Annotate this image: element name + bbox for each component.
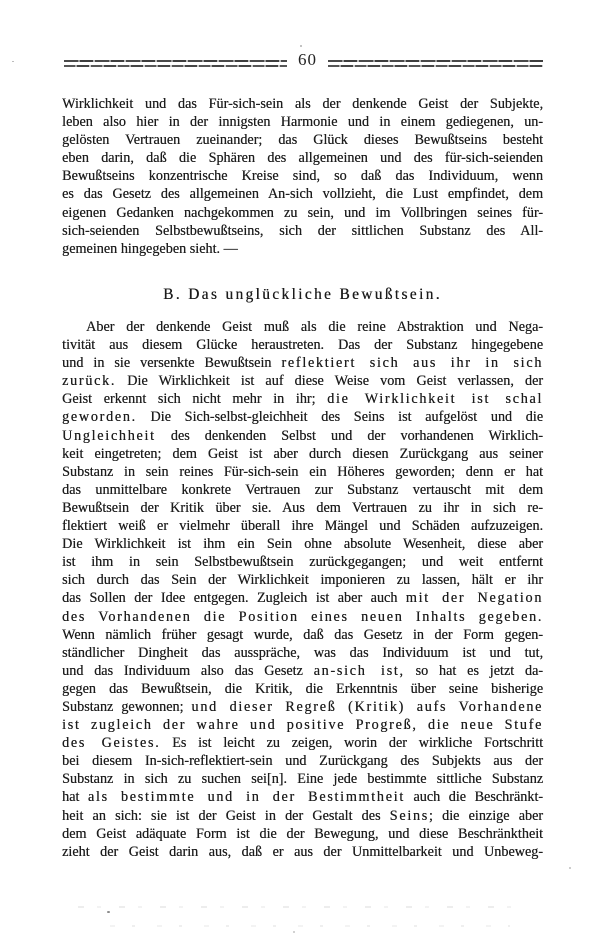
body-text: ständlicher Dingheit das ausspräche, was… [62,645,543,661]
body-text: das Sollen der Idee entgegen. Zugleich i… [62,590,406,606]
scan-speck [12,61,14,62]
paragraph-1: Wirklichkeit und das Für-sich-sein als d… [62,95,543,258]
body-text: ; die einzige aber [429,808,543,824]
letterspaced-text: mit der Negation [406,590,543,606]
body-text: eigenen Gedanken nachgekommen zu sein, u… [62,205,543,221]
text-line: sich durch das Sein der Wirklichkeit imp… [62,571,543,589]
letterspaced-text: Ungleichheit [62,428,156,444]
scan-noise-line [110,925,510,927]
scan-speck [293,931,295,933]
text-line: gelösten Vertrauen zueinander; das Glück… [62,131,543,149]
body-text: gegen das Bewußtsein, die Kritik, die Er… [62,681,543,697]
letterspaced-text: und dieser Regreß (Kritik) aufs Vorhande… [191,699,543,715]
text-line: flektiert weiß er vielmehr überall ihre … [62,517,543,535]
text-line: und das Individuum also das Gesetz an-si… [62,662,543,680]
text-line: des Geistes. Es ist leicht zu zeigen, wo… [62,734,543,752]
body-text: Bewußtsein der Kritik über sie. Aus dem … [62,500,543,516]
body-text: eben darin, daß die Sphären des allgemei… [62,150,543,166]
body-text: leben also hier in der innigsten Harmoni… [62,114,543,130]
letterspaced-text: zurück. [62,373,116,389]
text-line: das unmittelbare konkrete Vertrauen zur … [62,481,543,499]
text-line: keit eingetreten; dem Geist ist aber dur… [62,445,543,463]
body-text: das unmittelbare konkrete Vertrauen zur … [62,482,543,498]
body-text: und in sie versenkte Bewußtsein [62,355,281,371]
body-text: sich-seienden Selbstbewußtseins, sich de… [62,223,543,239]
text-line: Substanz in sein reines Für-sich-sein ei… [62,463,543,481]
letterspaced-text: ist zugleich der wahre und positive Prog… [62,717,543,733]
body-text: flektiert weiß er vielmehr überall ihre … [62,518,543,534]
text-line: Die Wirklichkeit ist ihm ein Sein ohne a… [62,535,543,553]
text-line: dem Geist adäquate Form ist die der Bewe… [62,825,543,843]
text-line: sich-seienden Selbstbewußtseins, sich de… [62,222,543,240]
text-line: ständlicher Dingheit das ausspräche, was… [62,644,543,662]
scan-speck [300,45,302,47]
paragraph-2: Aber der denkende Geist muß als die rein… [62,318,543,861]
body-text: gelösten Vertrauen zueinander; das Glück… [62,132,543,148]
text-line: leben also hier in der innigsten Harmoni… [62,113,543,131]
text-line: Geist erkennt sich nicht mehr in ihr; di… [62,390,543,408]
text-line: hat als bestimmte und in der Bestimmthei… [62,788,543,806]
text-line: gegen das Bewußtsein, die Kritik, die Er… [62,680,543,698]
text-line: Bewußtsein der Kritik über sie. Aus dem … [62,499,543,517]
body-text: dem Geist adäquate Form ist die der Bewe… [62,826,543,842]
text-line: Aber der denkende Geist muß als die rein… [62,318,543,336]
text-line: zieht der Geist darin aus, daß er aus de… [62,843,543,861]
text-line: Substanz gewonnen; und dieser Regreß (Kr… [62,698,543,716]
body-text: Substanz in sein reines Für-sich-sein ei… [62,464,543,480]
body-text: Die Wirklichkeit ist auf diese Weise vom… [116,373,543,389]
text-line: Wirklichkeit und das Für-sich-sein als d… [62,95,543,113]
letterspaced-text: die Wirklichkeit ist schal [327,391,543,407]
body-text: Wenn nämlich früher gesagt wurde, daß da… [62,627,543,643]
body-text: Substanz in sich zu suchen sei[n]. Eine … [62,771,543,787]
body-text: keit eingetreten; dem Geist ist aber dur… [62,446,543,462]
text-line: Wenn nämlich früher gesagt wurde, daß da… [62,626,543,644]
body-text: zieht der Geist darin aus, daß er aus de… [62,844,543,860]
letterspaced-text: an-sich ist, [314,663,405,679]
body-text: Die Sich-selbst-gleichheit des Seins ist… [137,409,543,425]
body-text: hat [62,789,88,805]
text-line: es das Gesetz des allgemeinen An-sich vo… [62,185,543,203]
text-line: des Vorhandenen die Position eines neuen… [62,608,543,626]
body-text: es das Gesetz des allgemeinen An-sich vo… [62,186,543,202]
body-text: Bewußtseins konzentrische Kreise sind, s… [62,168,543,184]
book-page: 60 Wirklichkeit und das Für-sich-sein al… [0,0,600,938]
header-rule-left [64,60,287,67]
text-line: gemeinen hingegeben sieht. — [62,240,543,258]
body-text: so hat es jetzt da- [405,663,543,679]
text-line: ist zugleich der wahre und positive Prog… [62,716,543,734]
body-text: Wirklichkeit und das Für-sich-sein als d… [62,96,543,112]
letterspaced-text: des Geistes. [62,735,160,751]
text-line: Substanz in sich zu suchen sei[n]. Eine … [62,770,543,788]
body-text: des denkenden Selbst und der vorhandenen… [156,428,543,444]
body-text: Aber der denkende Geist muß als die rein… [86,319,543,335]
body-text: gemeinen hingegeben sieht. — [62,241,238,257]
body-text: Geist erkennt sich nicht mehr in ihr; [62,391,327,407]
letterspaced-text: geworden. [62,409,137,425]
text-line: heit an sich: sie ist der Geist in der G… [62,807,543,825]
body-text: heit an sich: sie ist der Geist in der G… [62,808,390,824]
body-text: tivität aus diesem Glücke heraustreten. … [62,337,543,353]
body-text: und das Individuum also das Gesetz [62,663,314,679]
text-line: das Sollen der Idee entgegen. Zugleich i… [62,589,543,607]
text-line: zurück. Die Wirklichkeit ist auf diese W… [62,372,543,390]
text-line: eigenen Gedanken nachgekommen zu sein, u… [62,204,543,222]
scan-speck [107,911,110,913]
text-line: tivität aus diesem Glücke heraustreten. … [62,336,543,354]
body-text: sich durch das Sein der Wirklichkeit imp… [62,572,543,588]
text-line: ist ihm in sein Selbstbewußtsein zurückg… [62,553,543,571]
letterspaced-text: des Vorhandenen die Position eines neuen… [62,609,543,625]
body-text: Es ist leicht zu zeigen, worin der wirkl… [160,735,543,751]
body-text: Substanz gewonnen; [62,699,191,715]
body-text: ist ihm in sein Selbstbewußtsein zurückg… [62,554,543,570]
body-text: bei diesem In-sich-reflektiert-sein und … [62,753,543,769]
body-text: auch die Beschränkt- [405,789,543,805]
text-line: Ungleichheit des denkenden Selbst und de… [62,427,543,445]
text-line: geworden. Die Sich-selbst-gleichheit des… [62,408,543,426]
letterspaced-text: reflektiert sich aus ihr in sich [281,355,543,371]
text-line: eben darin, daß die Sphären des allgemei… [62,149,543,167]
body-text: Die Wirklichkeit ist ihm ein Sein ohne a… [62,536,543,552]
header-rule-right [328,60,543,67]
page-number: 60 [287,50,328,70]
letterspaced-text: Seins [390,808,429,824]
section-heading: B. Das unglückliche Bewußtsein. [62,285,543,305]
scan-noise-line [78,906,528,908]
letterspaced-text: als bestimmte und in der Bestimmtheit [88,789,405,805]
text-line: und in sie versenkte Bewußtsein reflekti… [62,354,543,372]
text-line: Bewußtseins konzentrische Kreise sind, s… [62,167,543,185]
text-line: bei diesem In-sich-reflektiert-sein und … [62,752,543,770]
scan-speck [569,867,571,869]
